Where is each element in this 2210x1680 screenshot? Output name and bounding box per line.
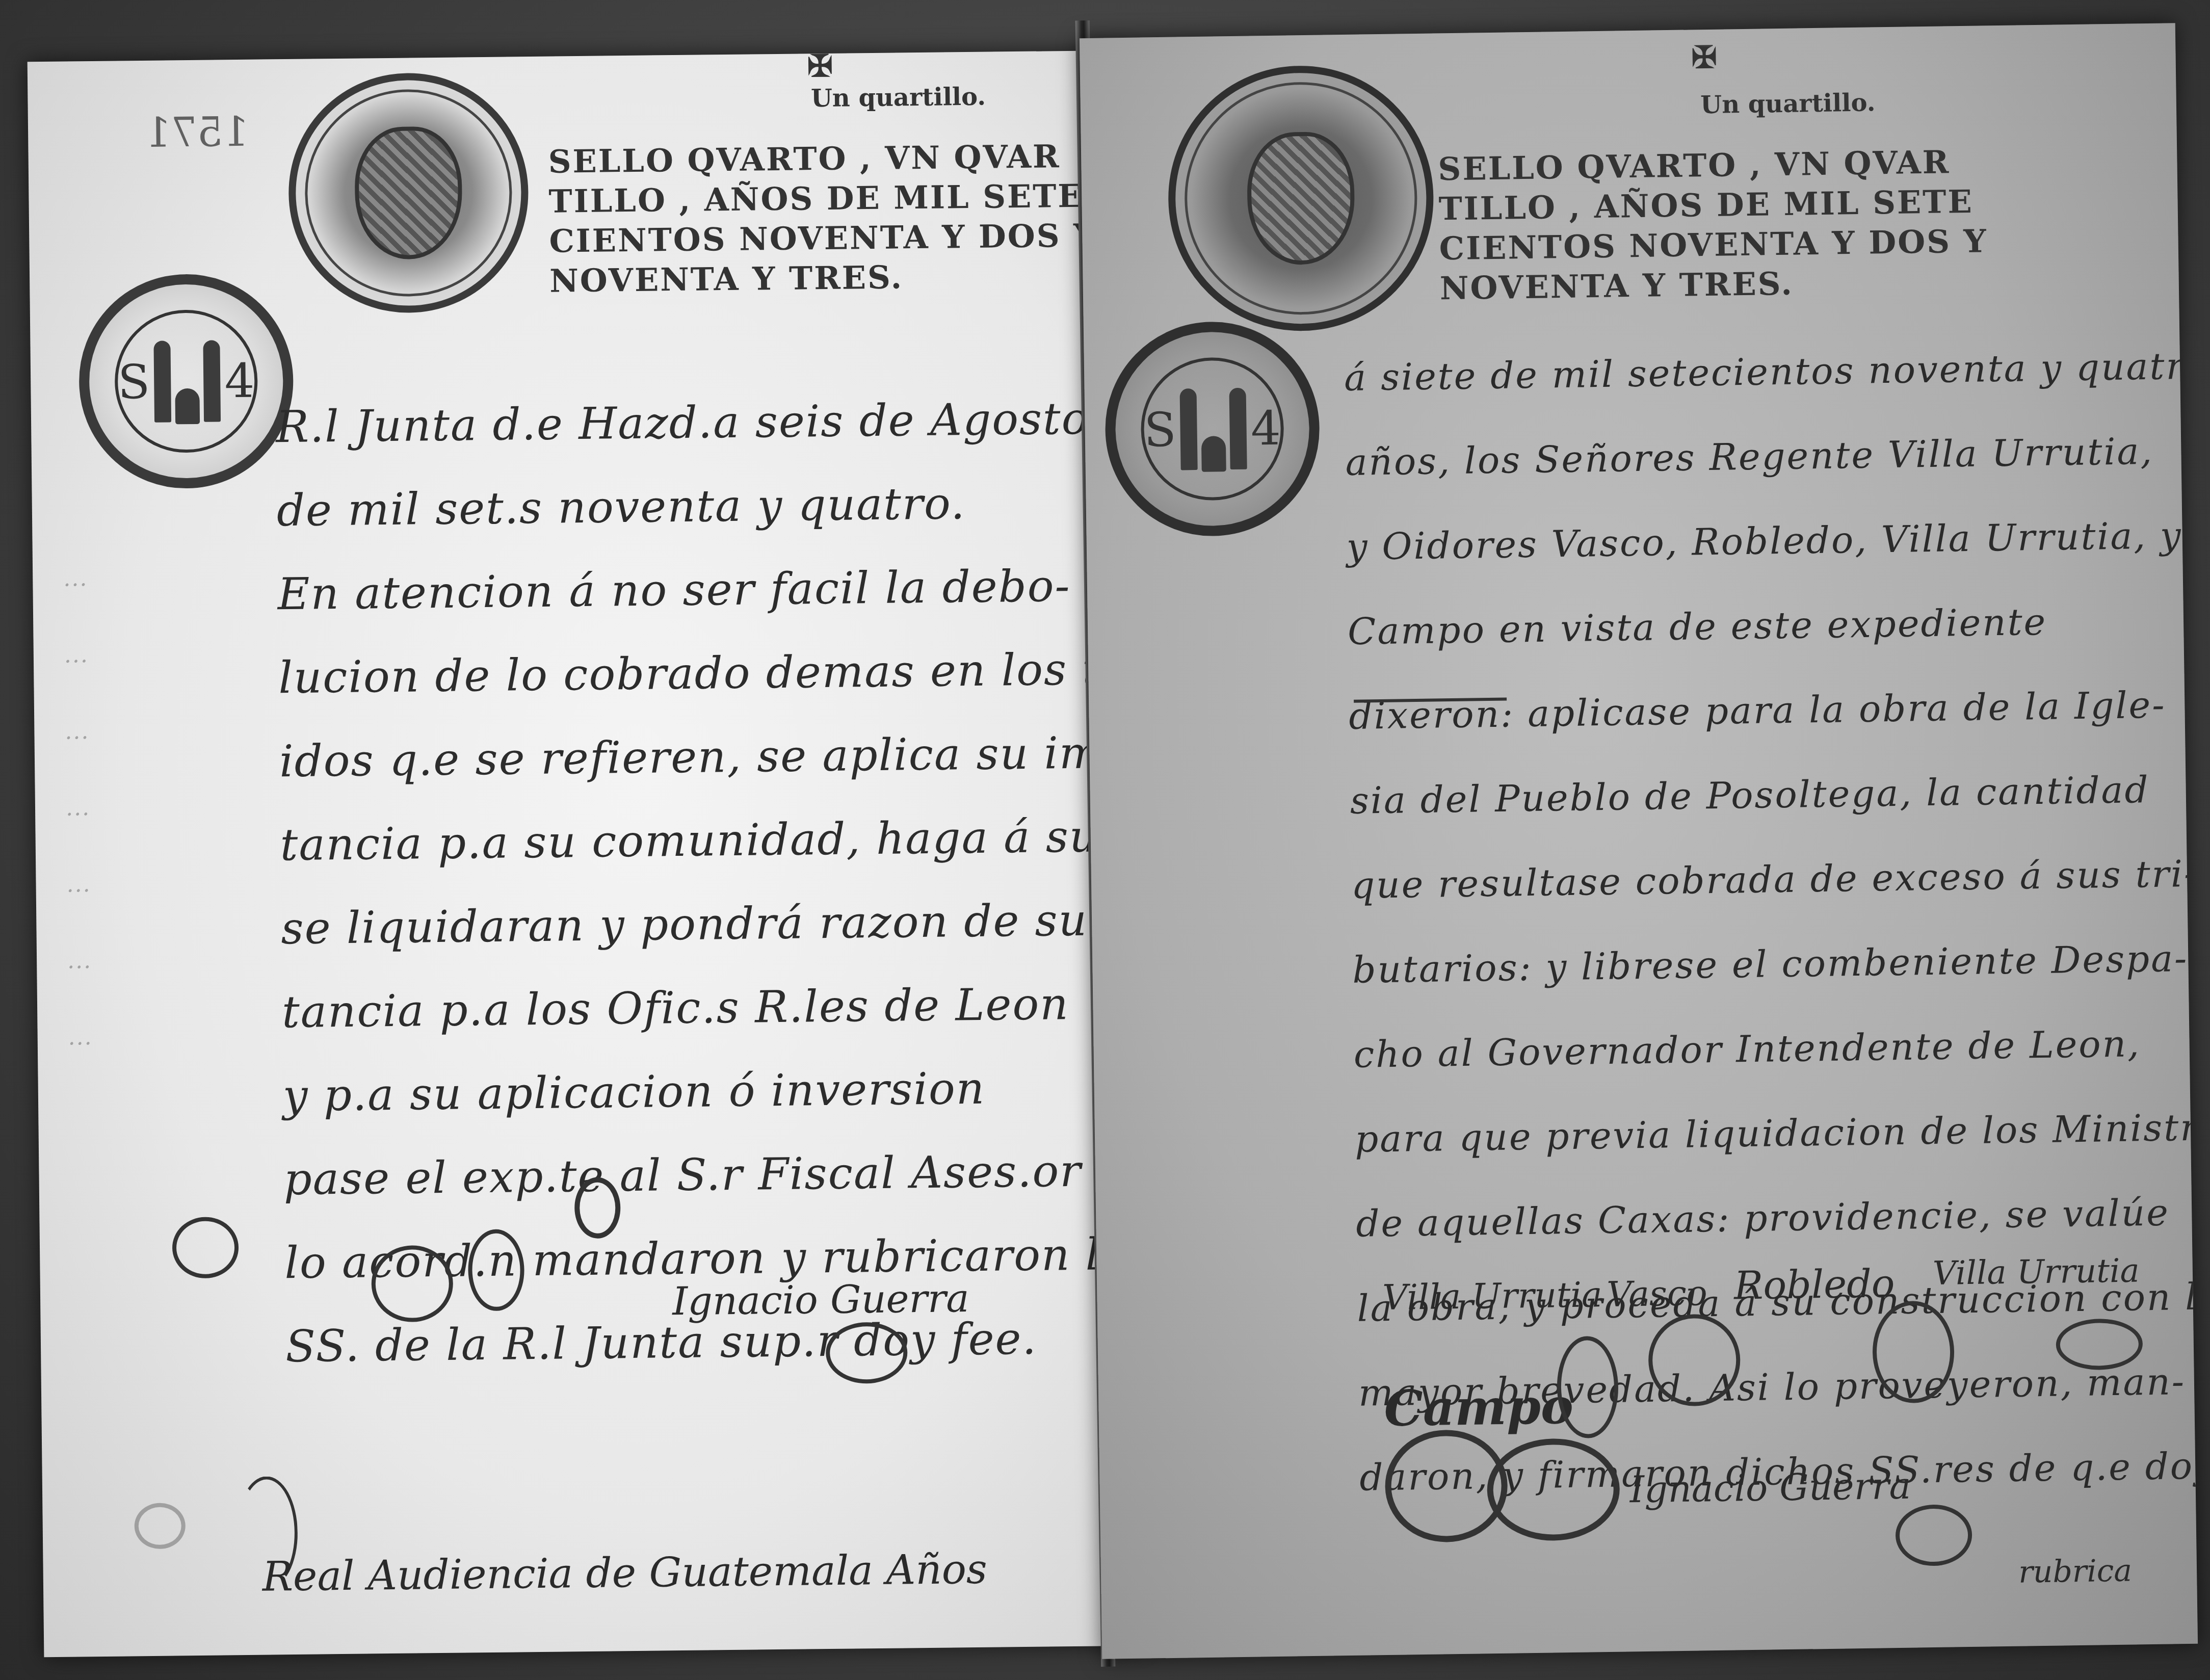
signature-villa-urrutia: Villa Urrutia xyxy=(1382,1275,1602,1318)
secondary-seal-s4: S 4 xyxy=(1104,321,1321,538)
text-line: Campo en vista de este expediente xyxy=(1347,576,2198,674)
left-page-body: R.l Junta d.e Hazd.a seis de Agosto de m… xyxy=(275,375,1140,1388)
text-line: cho al Governador Intendente de Leon, xyxy=(1353,999,2198,1097)
stamp-denomination: Un quartillo. xyxy=(700,81,1096,114)
text-line: que resultase cobrada de exceso á sus tr… xyxy=(1351,830,2198,928)
text-line: de mil set.s noventa y quatro. xyxy=(276,459,1140,553)
signature-campo: Campo xyxy=(1384,1377,1574,1437)
stamp-line-3: CIENTOS NOVENTA Y DOS Y xyxy=(1439,221,1988,269)
rubric-icon xyxy=(134,1503,186,1549)
text-line: y Oidores Vasco, Robledo, Villa Urrutia,… xyxy=(1346,491,2198,589)
signature-ignacio-guerra: Ignacio Guerra xyxy=(672,1275,969,1324)
seal-number-4: 4 xyxy=(224,353,255,408)
stamp-denomination: Un quartillo. xyxy=(1590,87,1986,121)
text-line: R.l Junta d.e Hazd.a seis de Agosto xyxy=(275,375,1140,469)
signature-villa-urrutia-2: Villa Urrutia xyxy=(1932,1252,2140,1293)
seal-letter-s: S xyxy=(1144,402,1177,457)
left-page: 1571 S 4 ✠ Un quartillo. SELLO QVARTO , … xyxy=(28,50,1140,1657)
text-line: á siete de mil setecientos noventa y qua… xyxy=(1344,322,2198,420)
text-line: sia del Pueblo de Posoltega, la cantidad xyxy=(1350,745,2198,843)
tower-icon xyxy=(1229,388,1248,469)
text-line: pase el exp.te al S.r Fiscal Ases.or = A… xyxy=(283,1127,1140,1221)
text-line: dixeron: aplicase para la obra de la Igl… xyxy=(1348,661,2198,758)
cross-icon: ✠ xyxy=(807,50,833,84)
royal-seal-carolus xyxy=(287,72,530,314)
text-line: idos q.e se refieren, se aplica su impor… xyxy=(279,710,1140,803)
text-line: años, los Señores Regente Villa Urrutia, xyxy=(1345,407,2198,505)
rubric-icon xyxy=(1895,1504,1972,1566)
stamp-line-2: TILLO , AÑOS DE MIL SETE xyxy=(548,176,1097,221)
right-page: S 4 ✠ Un quartillo. SELLO QVARTO , VN QV… xyxy=(1080,23,2198,1659)
rubric-icon xyxy=(574,1177,621,1239)
stamp-line-1: SELLO QVARTO , VN QVAR xyxy=(548,136,1097,181)
archive-number: 1571 xyxy=(145,108,250,156)
text-line: de aquellas Caxas: providencie, se valúe xyxy=(1355,1168,2198,1266)
text-line: En atencion á no ser facil la debo- xyxy=(277,542,1140,636)
stamp-line-1: SELLO QVARTO , VN QVAR xyxy=(1438,142,1987,189)
text-line: tancia p.a su comunidad, haga á su tiemp… xyxy=(280,793,1140,887)
signature-robledo: Robledo xyxy=(1734,1261,1896,1308)
signature-ignacio-guerra: Ignacio Guerra xyxy=(1629,1464,1911,1511)
tower-icon xyxy=(1180,388,1198,470)
text-line: y p.a su aplicacion ó inversion xyxy=(282,1044,1140,1138)
stamp-line-3: CIENTOS NOVENTA Y DOS Y xyxy=(549,216,1098,261)
text-line: lucion de lo cobrado demas en los ten- xyxy=(278,626,1140,720)
rubric-icon xyxy=(1486,1438,1620,1542)
footer-real-audiencia: Real Audiencia de Guatemala Años xyxy=(262,1545,987,1600)
royal-seal-carolus xyxy=(1167,64,1435,333)
secondary-seal-s4: S 4 xyxy=(78,273,294,489)
crown-icon xyxy=(175,388,200,424)
seal-letter-s: S xyxy=(118,354,150,409)
stamp-line-4: NOVENTA Y TRES. xyxy=(549,255,1098,301)
text-line: tancia p.a los Ofic.s R.les de Leon xyxy=(281,960,1140,1054)
text-line: butarios: y librese el combeniente Despa… xyxy=(1352,914,2198,1012)
stamp-line-2: TILLO , AÑOS DE MIL SETE xyxy=(1438,181,1987,229)
tower-icon xyxy=(153,340,171,422)
text-line: se liquidaran y pondrá razon de su impor… xyxy=(281,877,1140,970)
seal-number-4: 4 xyxy=(1250,401,1281,456)
tower-icon xyxy=(203,340,221,422)
rubric-icon xyxy=(468,1229,525,1311)
stamp-header: Un quartillo. SELLO QVARTO , VN QVAR TIL… xyxy=(547,81,1098,301)
stamp-line-4: NOVENTA Y TRES. xyxy=(1439,261,1988,308)
stamp-header: Un quartillo. SELLO QVARTO , VN QVAR TIL… xyxy=(1437,87,1989,308)
footer-rubric-note: rubrica xyxy=(2018,1553,2133,1590)
margin-notes: ... ... ... ... ... ... ... xyxy=(63,540,93,1075)
crown-icon xyxy=(1201,436,1226,472)
cross-icon: ✠ xyxy=(1691,40,1717,76)
signature-vasco: Vasco xyxy=(1607,1273,1707,1315)
text-line: para que previa liquidacion de los Minis… xyxy=(1354,1084,2198,1182)
rubric-icon xyxy=(172,1217,239,1278)
